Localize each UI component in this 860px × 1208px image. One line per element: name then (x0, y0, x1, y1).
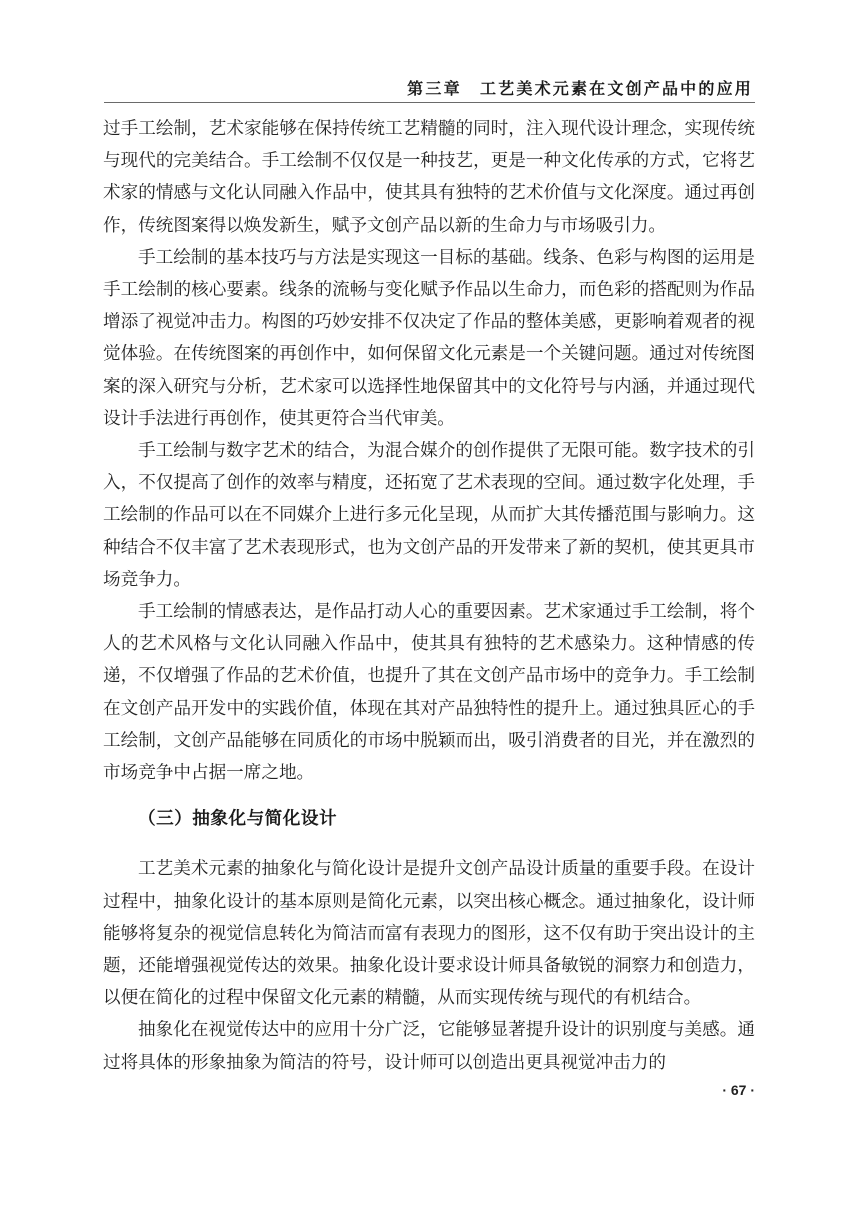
paragraph: 手工绘制的基本技巧与方法是实现这一目标的基础。线条、色彩与构图的运用是手工绘制的… (103, 242, 755, 435)
paragraph: 过手工绘制，艺术家能够在保持传统工艺精髓的同时，注入现代设计理念，实现传统与现代… (103, 113, 755, 242)
running-head: 第三章 工艺美术元素在文创产品中的应用 (104, 72, 755, 103)
paragraph: 工艺美术元素的抽象化与简化设计是提升文创产品设计质量的重要手段。在设计过程中，抽… (103, 853, 755, 1014)
chapter-title: 工艺美术元素在文创产品中的应用 (480, 79, 753, 98)
paragraph: 手工绘制的情感表达，是作品打动人心的重要因素。艺术家通过手工绘制，将个人的艺术风… (103, 596, 755, 789)
paragraph: 手工绘制与数字艺术的结合，为混合媒介的创作提供了无限可能。数字技术的引入，不仅提… (103, 435, 755, 596)
body-text: 过手工绘制，艺术家能够在保持传统工艺精髓的同时，注入现代设计理念，实现传统与现代… (103, 113, 755, 1079)
paragraph: 抽象化在视觉传达中的应用十分广泛，它能够显著提升设计的识别度与美感。通过将具体的… (103, 1014, 755, 1078)
section-heading: （三）抽象化与简化设计 (103, 803, 755, 835)
chapter-number: 第三章 (407, 79, 462, 98)
page-number: · 67 · (722, 1082, 755, 1098)
book-page: 第三章 工艺美术元素在文创产品中的应用 过手工绘制，艺术家能够在保持传统工艺精髓… (0, 0, 860, 1208)
running-head-text: 第三章 工艺美术元素在文创产品中的应用 (407, 76, 753, 99)
